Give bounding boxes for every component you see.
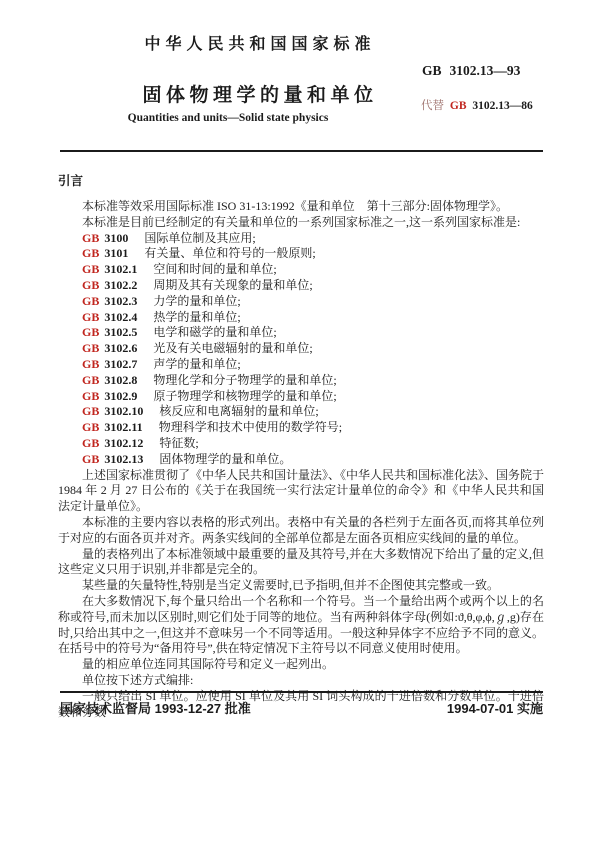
footer: 国家技术监督局 1993-12-27 批准 1994-07-01 实施 bbox=[60, 698, 543, 717]
standard-list-item: GB3102.2周期及其有关现象的量和单位; bbox=[58, 278, 544, 294]
standard-item-gb: GB bbox=[82, 404, 99, 418]
body-paragraph: 在大多数情况下,每个量只给出一个名称和一个符号。当一个量给出两个或两个以上的名称… bbox=[58, 594, 544, 657]
standard-list-item: GB3102.8物理化学和分子物理学的量和单位; bbox=[58, 373, 544, 389]
standard-item-number: 3102.11 bbox=[104, 420, 142, 434]
standard-item-number: 3100 bbox=[104, 231, 128, 245]
standard-item-number: 3101 bbox=[104, 246, 128, 260]
standard-list-item: GB3102.5电学和磁学的量和单位; bbox=[58, 325, 544, 341]
standard-item-gb: GB bbox=[82, 246, 99, 260]
approval-statement: 国家技术监督局 1993-12-27 批准 bbox=[60, 698, 251, 717]
document-body: 引言 本标准等效采用国际标准 ISO 31-13:1992《量和单位 第十三部分… bbox=[58, 171, 544, 720]
replaces-number: 3102.13—86 bbox=[472, 100, 532, 112]
standard-item-number: 3102.6 bbox=[104, 341, 137, 355]
standard-item-title: 固体物理学的量和单位。 bbox=[159, 452, 291, 466]
standard-list-item: GB3102.6光及有关电磁辐射的量和单位; bbox=[58, 341, 544, 357]
standard-item-title: 声学的量和单位; bbox=[153, 357, 240, 371]
standard-list-item: GB3101有关量、单位和符号的一般原则; bbox=[58, 246, 544, 262]
standard-item-title: 物理化学和分子物理学的量和单位; bbox=[153, 373, 336, 387]
standard-item-title: 光及有关电磁辐射的量和单位; bbox=[153, 341, 312, 355]
standard-item-gb: GB bbox=[82, 373, 99, 387]
standard-list-item: GB3100国际单位制及其应用; bbox=[58, 231, 544, 247]
standard-item-number: 3102.13 bbox=[104, 452, 143, 466]
standard-item-gb: GB bbox=[82, 231, 99, 245]
standard-item-gb: GB bbox=[82, 452, 99, 466]
standard-item-title: 物理科学和技术中使用的数学符号; bbox=[159, 420, 342, 434]
standard-item-number: 3102.5 bbox=[104, 325, 137, 339]
replaces-gb: GB bbox=[450, 100, 467, 112]
standard-item-title: 有关量、单位和符号的一般原则; bbox=[144, 246, 315, 260]
standard-item-number: 3102.9 bbox=[104, 389, 137, 403]
body-paragraph: 本标准的主要内容以表格的形式列出。表格中有关量的各栏列于左面各页,而将其单位列于… bbox=[58, 515, 544, 547]
replaces-note: 代替 GB 3102.13—86 bbox=[421, 97, 533, 113]
standard-list-item: GB3102.10核反应和电离辐射的量和单位; bbox=[58, 404, 544, 420]
document-title-en: Quantities and units—Solid state physics bbox=[60, 112, 396, 124]
standard-list-item: GB3102.3力学的量和单位; bbox=[58, 294, 544, 310]
standard-item-gb: GB bbox=[82, 325, 99, 339]
standard-code-prefix: GB bbox=[422, 63, 442, 78]
header-divider-rule bbox=[60, 150, 543, 152]
standard-item-title: 热学的量和单位; bbox=[153, 310, 240, 324]
standard-item-number: 3102.8 bbox=[104, 373, 137, 387]
implementation-statement: 1994-07-01 实施 bbox=[447, 698, 543, 717]
standard-item-number: 3102.4 bbox=[104, 310, 137, 324]
standard-item-number: 3102.2 bbox=[104, 278, 137, 292]
standard-document-page: 中华人民共和国国家标准 GB3102.13—93 固体物理学的量和单位 代替 G… bbox=[0, 0, 600, 848]
standard-list-item: GB3102.4热学的量和单位; bbox=[58, 310, 544, 326]
document-title-zh: 固体物理学的量和单位 bbox=[60, 80, 460, 107]
body-paragraph: 上述国家标准贯彻了《中华人民共和国计量法》、《中华人民共和国标准化法》、国务院于… bbox=[58, 468, 544, 515]
standard-item-gb: GB bbox=[82, 341, 99, 355]
standard-list-item: GB3102.12特征数; bbox=[58, 436, 544, 452]
standard-list-item: GB3102.9原子物理学和核物理学的量和单位; bbox=[58, 389, 544, 405]
standard-code: GB3102.13—93 bbox=[422, 63, 520, 79]
replaces-label: 代替 bbox=[421, 100, 444, 112]
body-paragraph: 单位按下述方式编排: bbox=[58, 673, 544, 689]
standard-item-title: 国际单位制及其应用; bbox=[144, 231, 255, 245]
standard-item-title: 力学的量和单位; bbox=[153, 294, 240, 308]
body-paragraph: 量的相应单位连同其国际符号和定义一起列出。 bbox=[58, 657, 544, 673]
body-paragraph: 某些量的矢量特性,特别是当定义需要时,已予指明,但并不企图使其完整或一致。 bbox=[58, 578, 544, 594]
intro-paragraphs: 本标准等效采用国际标准 ISO 31-13:1992《量和单位 第十三部分:固体… bbox=[58, 199, 544, 231]
standard-item-number: 3102.10 bbox=[104, 404, 143, 418]
standard-item-number: 3102.12 bbox=[104, 436, 143, 450]
standard-item-gb: GB bbox=[82, 357, 99, 371]
standard-item-number: 3102.7 bbox=[104, 357, 137, 371]
standard-item-title: 周期及其有关现象的量和单位; bbox=[153, 278, 312, 292]
standard-item-title: 特征数; bbox=[159, 436, 198, 450]
standard-item-gb: GB bbox=[82, 294, 99, 308]
closing-paragraphs: 上述国家标准贯彻了《中华人民共和国计量法》、《中华人民共和国标准化法》、国务院于… bbox=[58, 468, 544, 721]
standard-item-number: 3102.1 bbox=[104, 262, 137, 276]
standard-item-gb: GB bbox=[82, 310, 99, 324]
standards-list: GB3100国际单位制及其应用; GB3101有关量、单位和符号的一般原则; G… bbox=[58, 231, 544, 468]
standard-list-item: GB3102.1空间和时间的量和单位; bbox=[58, 262, 544, 278]
standard-list-item: GB3102.7声学的量和单位; bbox=[58, 357, 544, 373]
standard-code-number: 3102.13—93 bbox=[450, 63, 521, 78]
standard-item-title: 空间和时间的量和单位; bbox=[153, 262, 276, 276]
standard-item-title: 电学和磁学的量和单位; bbox=[153, 325, 276, 339]
standard-item-gb: GB bbox=[82, 420, 99, 434]
footer-divider-rule bbox=[60, 691, 543, 693]
standard-item-title: 原子物理学和核物理学的量和单位; bbox=[153, 389, 336, 403]
standard-item-number: 3102.3 bbox=[104, 294, 137, 308]
intro-paragraph: 本标准是目前已经制定的有关量和单位的一系列国家标准之一,这一系列国家标准是: bbox=[58, 215, 544, 231]
standard-list-item: GB3102.11物理科学和技术中使用的数学符号; bbox=[58, 420, 544, 436]
intro-paragraph: 本标准等效采用国际标准 ISO 31-13:1992《量和单位 第十三部分:固体… bbox=[58, 199, 544, 215]
standard-item-gb: GB bbox=[82, 389, 99, 403]
standard-item-gb: GB bbox=[82, 436, 99, 450]
section-heading-introduction: 引言 bbox=[58, 171, 544, 189]
national-standard-label: 中华人民共和国国家标准 bbox=[60, 31, 460, 54]
standard-item-gb: GB bbox=[82, 262, 99, 276]
standard-list-item: GB3102.13固体物理学的量和单位。 bbox=[58, 452, 544, 468]
standard-item-title: 核反应和电离辐射的量和单位; bbox=[159, 404, 318, 418]
body-paragraph: 量的表格列出了本标准领域中最重要的量及其符号,并在大多数情况下给出了量的定义,但… bbox=[58, 547, 544, 579]
standard-item-gb: GB bbox=[82, 278, 99, 292]
